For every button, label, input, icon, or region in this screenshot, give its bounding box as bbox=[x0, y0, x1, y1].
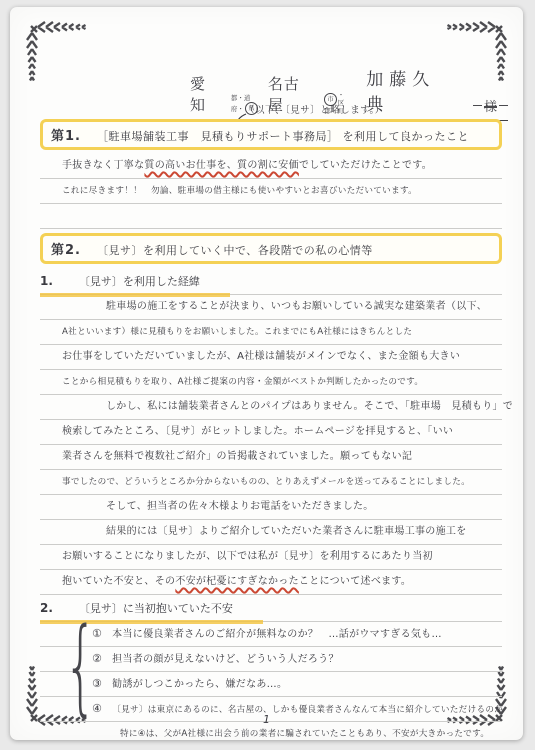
document-sheet: 愛知 都・道 府・ 県 名古屋 市 ・区 郡・町 加藤久典 様 （以下、〔見サ〕… bbox=[10, 7, 523, 740]
text-line: A社といいます）様に見積もりをお願いしました。これまでにもA社様にはきちんとした bbox=[40, 320, 502, 345]
highlighted-heading: 1.〔見サ〕を利用した経緯 bbox=[40, 268, 230, 297]
section2-title: 〔見サ〕を利用していく中で、各段階での私の心情等 bbox=[97, 242, 373, 258]
subsection2-heading: 2.〔見サ〕に当初抱いていた不安 bbox=[40, 595, 502, 622]
subsection2-title: 〔見サ〕に当初抱いていた不安 bbox=[79, 602, 233, 615]
text-line: 事でしたので、どういうところか分からないものの、とりあえずメールを送ってみること… bbox=[40, 470, 502, 495]
text-line: お仕事をしていただいていましたが、A社様は舗装がメインでなく、また金額も大きい bbox=[40, 345, 502, 370]
red-wavy-underline-text: 質の高いお仕事を、質の割に安価 bbox=[144, 160, 299, 171]
text-line: ことから相見積もりを取り、A社様ご提案の内容・金額がベストか判断したかったのです… bbox=[40, 370, 502, 395]
text-line: お願いすることになりましたが、以下では私が〔見サ〕を利用するにあたり当初 bbox=[40, 545, 502, 570]
text-line: これに尽きます！！ 勿論、駐車場の借主様にも使いやすいとお喜びいただいています。 bbox=[40, 179, 502, 204]
section1-highlight-box: 第1. ［駐車場舗装工事 見積もりサポート事務局］ を利用して良かったこと bbox=[40, 119, 502, 150]
text-line: しかし、私には舗装業者さんとのパイプはありません。そこで、「駐車場 見積もり」で bbox=[40, 395, 502, 420]
corner-ornament-top-left bbox=[22, 17, 100, 95]
text-line: 業者さんを無料で複数社ご紹介」の旨掲載されていました。願ってもない記 bbox=[40, 445, 502, 470]
branch-ornament-icon bbox=[22, 17, 100, 95]
section2-highlight-box: 第2. 〔見サ〕を利用していく中で、各段階での私の心情等 bbox=[40, 233, 502, 264]
text-line: 結果的には〔見サ〕よりご紹介していただいた業者さんに駐車場工事の施工を bbox=[40, 520, 502, 545]
strike-dash bbox=[499, 105, 508, 106]
fear-list: { ①本当に優良業者さんのご紹介が無料なのか？ …話がウマすぎる気も… ②担当者… bbox=[40, 622, 502, 722]
prefecture-value: 愛知 bbox=[190, 73, 221, 115]
subsection1-heading: 1.〔見サ〕を利用した経緯 bbox=[40, 268, 502, 295]
line-text: でしていただけたことです。 bbox=[299, 160, 432, 171]
list-item: ③勧誘がしつこかったら、嫌だなあ…。 bbox=[40, 672, 502, 697]
text-line: 駐車場の施工をすることが決まり、いつもお願いしている誠実な建築業者（以下、 bbox=[40, 295, 502, 320]
text-line: 検索してみたところ、〔見サ〕がヒットしました。ホームページを拝見すると、「いい bbox=[40, 420, 502, 445]
section1-label: 第1. bbox=[51, 125, 81, 144]
page-background: { "colors": { "highlight": "#f3cc42", "a… bbox=[0, 0, 535, 750]
line-text: 抱いていた不安と、その bbox=[62, 576, 175, 587]
strike-dash bbox=[473, 105, 482, 106]
blank-ruled-line bbox=[40, 204, 502, 229]
section1-title: ［駐車場舗装工事 見積もりサポート事務局］ を利用して良かったこと bbox=[97, 128, 469, 144]
letter-body: 第1. ［駐車場舗装工事 見積もりサポート事務局］ を利用して良かったこと 手抜… bbox=[40, 119, 502, 746]
line-text: ことについて述べます。 bbox=[299, 576, 411, 587]
honorific-strikethrough: 様 bbox=[473, 96, 508, 115]
text-line: 手抜きなく丁寧な質の高いお仕事を、質の割に安価でしていただけたことです。 bbox=[40, 154, 502, 179]
section2-label: 第2. bbox=[51, 239, 81, 258]
line-text: 手抜きなく丁寧な bbox=[62, 160, 144, 171]
list-item-text: 担当者の顔が見えないけど、どういう人だろう？ bbox=[112, 654, 339, 665]
honorific-text: 様 bbox=[484, 96, 497, 115]
text-line: そして、担当者の佐々木様よりお電話をいただきました。 bbox=[40, 495, 502, 520]
list-brace: { bbox=[64, 614, 97, 718]
subsection1-number: 1. bbox=[40, 274, 53, 288]
page-number: 1 bbox=[10, 713, 523, 726]
list-item-text: 本当に優良業者さんのご紹介が無料なのか？ …話がウマすぎる気も… bbox=[112, 629, 442, 640]
list-item: ①本当に優良業者さんのご紹介が無料なのか？ …話がウマすぎる気も… bbox=[40, 622, 502, 647]
pref-label-top: 都・道 bbox=[231, 94, 251, 102]
subsection1-title: 〔見サ〕を利用した経緯 bbox=[79, 275, 200, 288]
red-wavy-underline-text: 不安が杞憂にすぎなかった bbox=[175, 576, 299, 587]
abbreviation-note: （以下、〔見サ〕と略します。） bbox=[245, 102, 385, 116]
subsection2-number: 2. bbox=[40, 601, 53, 615]
text-line: 抱いていた不安と、その不安が杞憂にすぎなかったことについて述べます。 bbox=[40, 570, 502, 595]
list-item: ②担当者の顔が見えないけど、どういう人だろう？ bbox=[40, 647, 502, 672]
list-item-text: 勧誘がしつこかったら、嫌だなあ…。 bbox=[112, 679, 287, 690]
